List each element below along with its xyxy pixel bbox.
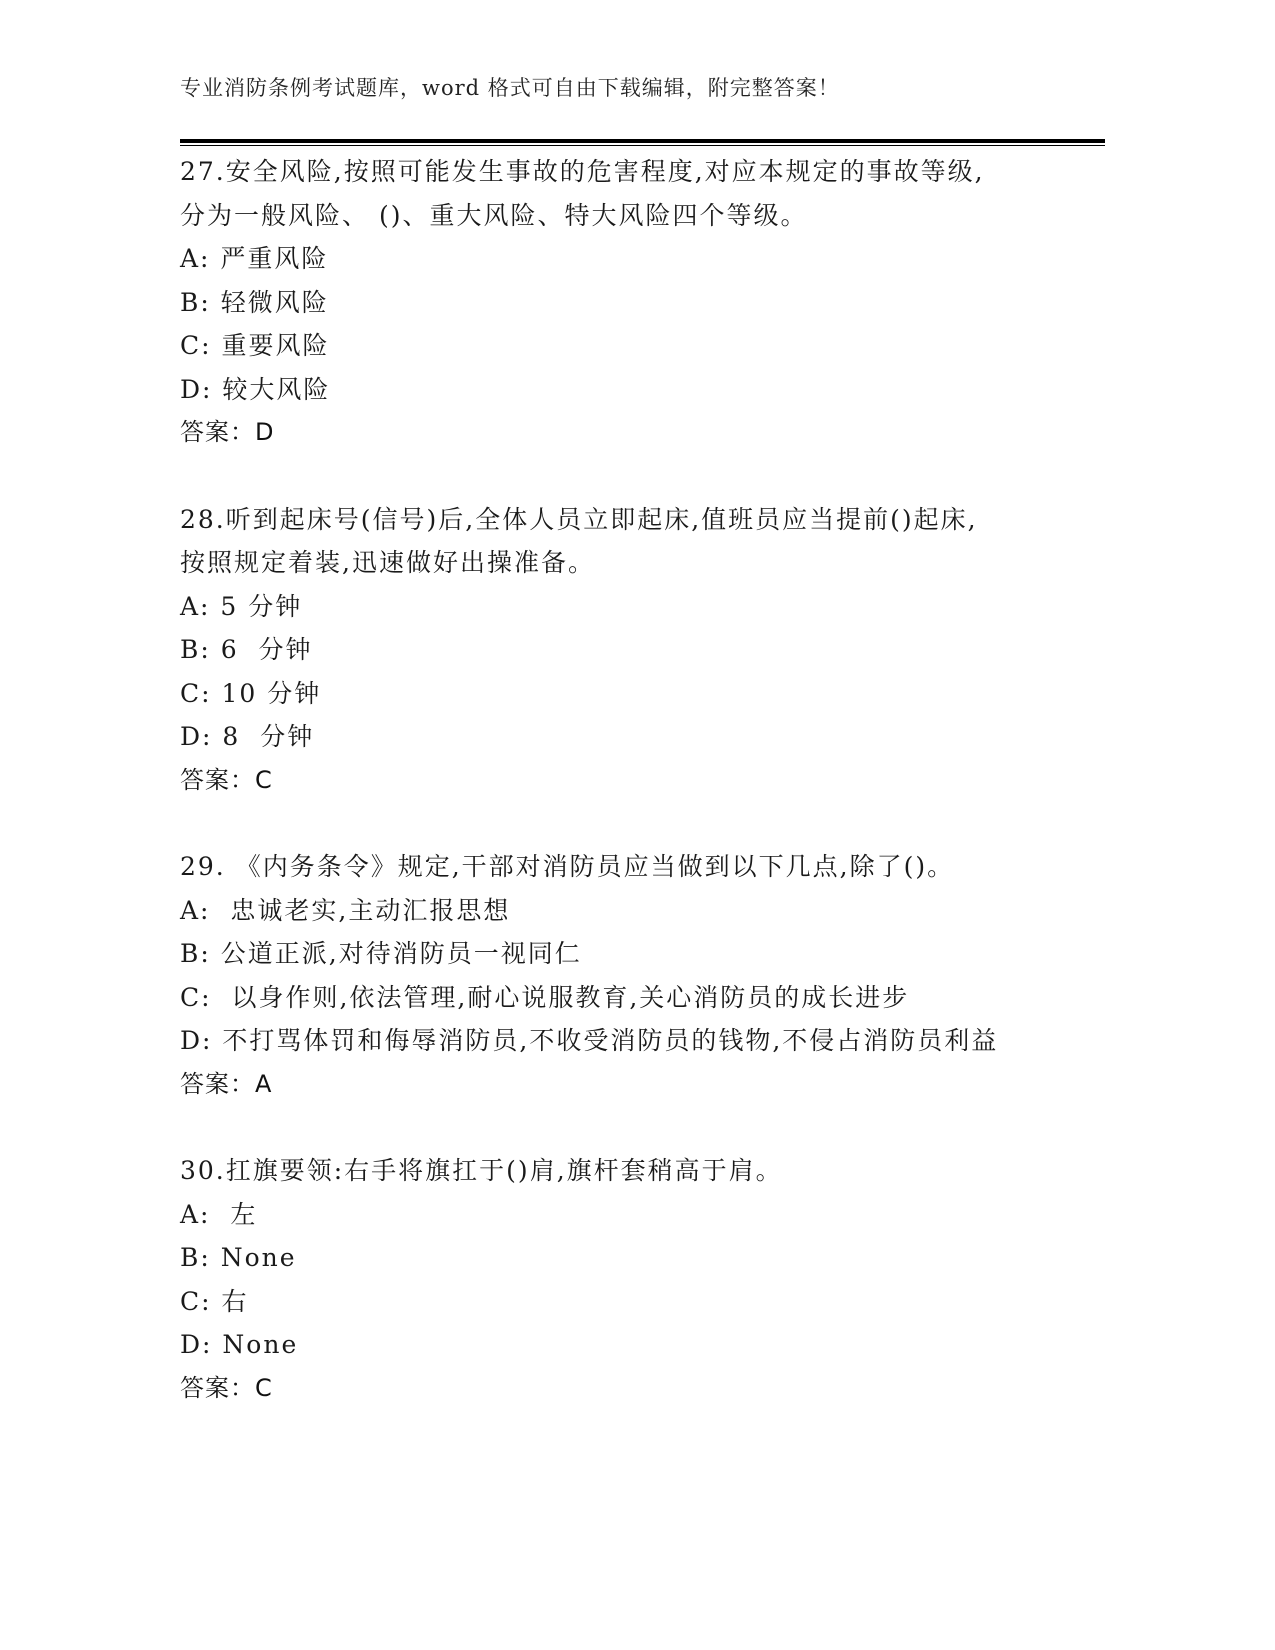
question-30: 30.扛旗要领:右手将旗扛于()肩,旗杆套稍高于肩。 A: 左 B: None … xyxy=(180,1149,1110,1410)
answer-label: 答案：C xyxy=(180,759,1110,803)
question-stem: 29. 《内务条令》规定,干部对消防员应当做到以下几点,除了()。 xyxy=(180,845,1110,889)
option-d: D: 不打骂体罚和侮辱消防员,不收受消防员的钱物,不侵占消防员利益 xyxy=(180,1019,1110,1063)
answer-label: 答案：A xyxy=(180,1063,1110,1107)
question-stem: 30.扛旗要领:右手将旗扛于()肩,旗杆套稍高于肩。 xyxy=(180,1149,1110,1193)
option-d: D: 较大风险 xyxy=(180,368,1110,412)
question-stem: 27.安全风险,按照可能发生事故的危害程度,对应本规定的事故等级, xyxy=(180,150,1110,194)
option-b: B: 轻微风险 xyxy=(180,281,1110,325)
option-b: B: 6 分钟 xyxy=(180,628,1110,672)
question-stem: 按照规定着装,迅速做好出操准备。 xyxy=(180,541,1110,585)
question-list: 27.安全风险,按照可能发生事故的危害程度,对应本规定的事故等级, 分为一般风险… xyxy=(180,150,1110,1453)
option-b: B: 公道正派,对待消防员一视同仁 xyxy=(180,932,1110,976)
answer-label: 答案：D xyxy=(180,411,1110,455)
header-divider-thick xyxy=(180,139,1105,143)
question-27: 27.安全风险,按照可能发生事故的危害程度,对应本规定的事故等级, 分为一般风险… xyxy=(180,150,1110,455)
option-b: B: None xyxy=(180,1236,1110,1280)
question-stem: 28.听到起床号(信号)后,全体人员立即起床,值班员应当提前()起床, xyxy=(180,498,1110,542)
option-a: A: 5 分钟 xyxy=(180,585,1110,629)
option-c: C: 右 xyxy=(180,1280,1110,1324)
option-a: A: 忠诚老实,主动汇报思想 xyxy=(180,889,1110,933)
question-29: 29. 《内务条令》规定,干部对消防员应当做到以下几点,除了()。 A: 忠诚老… xyxy=(180,845,1110,1106)
option-a: A: 左 xyxy=(180,1193,1110,1237)
question-stem: 分为一般风险、 ()、重大风险、特大风险四个等级。 xyxy=(180,194,1110,238)
answer-label: 答案：C xyxy=(180,1367,1110,1411)
question-28: 28.听到起床号(信号)后,全体人员立即起床,值班员应当提前()起床, 按照规定… xyxy=(180,498,1110,803)
option-d: D: 8 分钟 xyxy=(180,715,1110,759)
option-d: D: None xyxy=(180,1323,1110,1367)
option-c: C: 重要风险 xyxy=(180,324,1110,368)
option-c: C: 10 分钟 xyxy=(180,672,1110,716)
option-c: C: 以身作则,依法管理,耐心说服教育,关心消防员的成长进步 xyxy=(180,976,1110,1020)
option-a: A: 严重风险 xyxy=(180,237,1110,281)
page-header: 专业消防条例考试题库，word 格式可自由下载编辑，附完整答案！ xyxy=(180,72,840,102)
header-divider-thin xyxy=(180,145,1105,146)
